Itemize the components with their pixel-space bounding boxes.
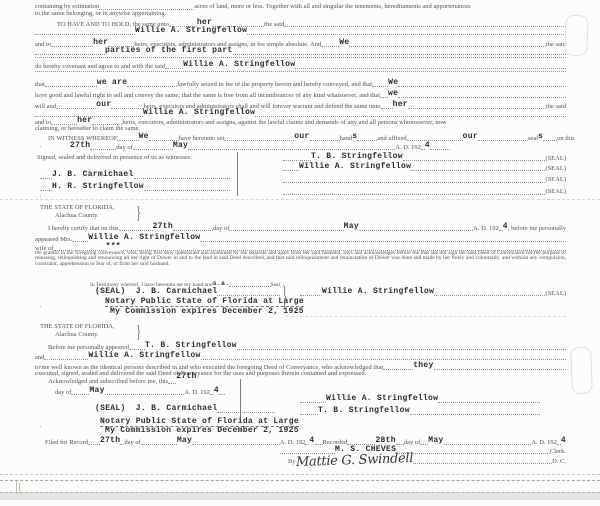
dotted-blank xyxy=(283,159,311,161)
printed-text: and xyxy=(35,354,44,362)
dotted-blank xyxy=(396,443,404,445)
typed-year-4: 4 xyxy=(309,437,314,445)
dotted-blank xyxy=(247,33,566,35)
dotted-blank xyxy=(133,148,173,150)
line-in-witness-whereof: IN WITNESS WHEREOF, We have hereunto set… xyxy=(48,134,566,142)
scan-artifact xyxy=(40,195,41,198)
dotted-blank xyxy=(410,413,540,415)
dower-paragraph: the grantor in the foregoing conveyance,… xyxy=(35,251,566,279)
line-witnesses-label: Signed, sealed and delivered in presence… xyxy=(37,154,192,162)
dotted-blank xyxy=(144,189,230,191)
typed-day-27th: 27th xyxy=(100,437,120,445)
printed-text: Alachua County. xyxy=(55,212,99,220)
dotted-blank xyxy=(129,348,145,350)
scan-artifact xyxy=(40,95,41,98)
dotted-blank xyxy=(321,45,339,47)
printed-text: Signed, sealed and delivered in presence… xyxy=(37,154,192,162)
line-alachua-county-2: Alachua County. xyxy=(55,331,99,339)
dotted-blank xyxy=(44,358,88,360)
dotted-blank xyxy=(357,139,377,141)
typed-day-27th: 27th xyxy=(70,142,90,150)
typed-we-are: we are xyxy=(97,79,128,87)
dotted-blank xyxy=(300,413,318,415)
printed-text: that xyxy=(35,81,45,89)
dotted-blank xyxy=(217,294,280,296)
line-state-florida-1: THE STATE OF FLORIDA, xyxy=(40,204,115,212)
scan-shadow-band xyxy=(0,492,600,500)
typed-seal-jb-carmichael: (SEAL) J. B. Carmichael xyxy=(95,288,217,296)
scan-artifact xyxy=(19,483,20,493)
dotted-blank xyxy=(192,443,280,445)
printed-text: will and xyxy=(35,103,56,111)
typed-month-may: May xyxy=(177,437,192,445)
line-witness-1: J. B. Carmichael xyxy=(40,172,230,180)
dotted-blank xyxy=(543,139,557,141)
dotted-blank xyxy=(372,85,388,87)
printed-text: Seal xyxy=(271,282,280,288)
typed-sa: s.a. xyxy=(213,280,230,287)
dotted-blank xyxy=(168,382,176,384)
line-grantor-signature-2: Willie A. Stringfellow xyxy=(300,396,540,404)
printed-text: day of xyxy=(213,225,229,233)
line-acknowledged: Acknowledged and subscribed before me, t… xyxy=(48,377,223,385)
dotted-rule xyxy=(35,56,566,59)
dotted-blank xyxy=(420,443,428,445)
typed-s: s xyxy=(538,133,543,141)
typed-commission-expiry: My Commission expires December 2, 1925 xyxy=(110,308,304,316)
typed-tb-stringfellow: T. B. Stringfellow xyxy=(145,342,237,350)
typed-jb-carmichael: J. B. Carmichael xyxy=(52,171,134,179)
dotted-blank xyxy=(165,67,183,69)
typed-tb-stringfellow: T. B. Stringfellow xyxy=(318,407,410,415)
printed-text: I hereby certify that on this xyxy=(48,225,119,233)
line-seal-2: Willie A. Stringfellow (SEAL) xyxy=(283,164,566,172)
typed-willie-stringfellow: Willie A. Stringfellow xyxy=(299,163,411,171)
printed-text: Alachua County. xyxy=(55,331,99,339)
typed-we: We xyxy=(339,39,349,47)
printed-text: THE STATE OF FLORIDA, xyxy=(40,204,115,212)
dotted-blank xyxy=(71,393,89,395)
line-grantor-signature-3: T. B. Stringfellow xyxy=(300,408,540,416)
dotted-blank xyxy=(300,294,322,296)
dotted-blank xyxy=(413,462,552,464)
dotted-blank xyxy=(127,85,177,87)
dotted-blank xyxy=(300,401,326,403)
printed-text: A. D. 192 xyxy=(184,389,210,397)
dotted-blank xyxy=(284,25,566,27)
line-commission-1: My Commission expires December 2, 1925 xyxy=(110,309,304,317)
dotted-blank xyxy=(90,148,116,150)
printed-text: the said xyxy=(546,103,566,111)
dotted-blank xyxy=(35,70,566,72)
dotted-blank xyxy=(295,67,566,69)
scan-artifact xyxy=(40,145,41,148)
printed-text: A. D. 192 xyxy=(473,225,499,233)
scan-artifact xyxy=(40,55,41,58)
line-warrant-defend: will and our heirs, executors and admini… xyxy=(35,102,566,110)
line-grantee-name: Willie A. Stringfellow xyxy=(35,28,566,36)
line-notary-signature-1: (SEAL) J. B. Carmichael xyxy=(95,289,280,297)
deputy-clerk-signature: Mattie G. Swindell xyxy=(295,452,413,469)
dotted-blank xyxy=(398,96,566,98)
dotted-blank xyxy=(40,177,52,179)
line-before-me-appeared: Before me personally appeared T. B. Stri… xyxy=(48,343,566,351)
dotted-blank xyxy=(119,139,139,141)
dotted-blank xyxy=(255,115,566,117)
printed-text: A. D. 192 xyxy=(531,439,557,447)
faint-dash-line xyxy=(285,316,566,317)
line-have-hold: TO HAVE AND TO HOLD, the same unto her t… xyxy=(57,20,566,28)
section-separator xyxy=(0,199,600,200)
printed-text: THE STATE OF FLORIDA, xyxy=(40,323,115,331)
line-ack-date: day of May A. D. 192 4 xyxy=(55,388,225,396)
dotted-blank xyxy=(200,240,566,242)
printed-text: claiming, or hereafter to claim the same… xyxy=(35,125,140,133)
brace-state-1: } xyxy=(136,204,141,223)
dotted-blank xyxy=(438,401,540,403)
dotted-blank xyxy=(283,181,545,183)
typed-willie-stringfellow: Willie A. Stringfellow xyxy=(143,109,255,117)
typed-willie-stringfellow: Willie A. Stringfellow xyxy=(88,234,200,242)
seal-label: (SEAL) xyxy=(545,165,566,173)
dotted-blank xyxy=(383,368,413,370)
printed-text: appeared Mrs. xyxy=(35,236,72,244)
dotted-blank xyxy=(188,148,395,150)
brace-state-2: } xyxy=(136,323,141,342)
dotted-blank xyxy=(229,285,270,287)
page-edge-line xyxy=(0,480,600,481)
line-alachua-county-1: Alachua County. xyxy=(55,212,99,220)
dotted-blank xyxy=(56,107,96,109)
dotted-blank xyxy=(173,229,213,231)
typed-willie-stringfellow: Willie A. Stringfellow xyxy=(183,61,295,69)
seal-label: (SEAL) xyxy=(545,176,566,184)
typed-s: s xyxy=(352,133,357,141)
dotted-blank xyxy=(35,56,566,58)
page-edge-line xyxy=(0,474,600,475)
dotted-blank xyxy=(88,443,100,445)
typed-day-27th: 27th xyxy=(153,223,173,231)
typed-willie-stringfellow: Willie A. Stringfellow xyxy=(135,27,247,35)
typed-we: we xyxy=(388,90,398,98)
line-seal-1: T. B. Stringfellow (SEAL) xyxy=(283,154,566,162)
line-filed-for-record: Filed for Record 27th day of May A. D. 1… xyxy=(45,438,566,446)
line-execution-date: 27th day of May A. D. 192 4 xyxy=(70,143,450,151)
dotted-blank xyxy=(35,33,135,35)
dotted-blank xyxy=(444,443,532,445)
scan-artifact xyxy=(40,365,41,368)
binder-ring-mark xyxy=(564,15,588,57)
dotted-blank xyxy=(408,107,546,109)
printed-text: A. D. 192 xyxy=(280,439,306,447)
seal-label: (SEAL) xyxy=(545,188,566,196)
typed-year-4: 4 xyxy=(561,437,566,445)
typed-commission-expiry: My Commission expires December 2, 1925 xyxy=(105,427,299,435)
dotted-blank xyxy=(111,107,143,109)
typed-month-may: May xyxy=(428,437,443,445)
dotted-blank xyxy=(201,358,566,360)
dotted-blank xyxy=(430,148,450,150)
typed-day-27th: 27th xyxy=(176,373,196,381)
line-belonging: to the same belonging, or in anywise app… xyxy=(35,10,166,18)
dotted-blank xyxy=(315,443,323,445)
dc-label: D. C. xyxy=(552,458,566,466)
typed-they: they xyxy=(413,362,433,370)
dotted-blank xyxy=(407,139,463,141)
typed-seal-jb-carmichael: (SEAL) J. B. Carmichael xyxy=(95,405,217,413)
line-seal-4: (SEAL) xyxy=(283,188,566,196)
typed-our: our xyxy=(294,133,309,141)
typed-her: her xyxy=(77,117,92,125)
seal-label: (SEAL) xyxy=(545,155,566,163)
printed-text: Acknowledged and subscribed before me, t… xyxy=(48,378,168,386)
typed-willie-stringfellow: Willie A. Stringfellow xyxy=(326,395,438,403)
line-and-willie: and Willie A. Stringfellow xyxy=(35,353,566,361)
typed-day-28th: 28th xyxy=(375,437,395,445)
printed-text: lawfully seized in fee of the property h… xyxy=(177,81,372,89)
typed-notary-title: Notary Public State of Florida at Large xyxy=(105,298,304,307)
dotted-blank xyxy=(403,159,546,161)
dotted-blank xyxy=(45,85,97,87)
scan-artifact xyxy=(40,305,41,308)
typed-year-4: 4 xyxy=(214,387,219,395)
dotted-blank xyxy=(233,53,566,55)
scan-artifact xyxy=(40,425,41,428)
printed-text: day of xyxy=(404,439,420,447)
printed-text: and to xyxy=(35,41,51,49)
dotted-blank xyxy=(434,294,545,296)
dotted-blank xyxy=(381,107,393,109)
typed-year-4: 4 xyxy=(425,142,430,150)
printed-text: A. D. 192 xyxy=(395,144,421,152)
printed-text: heirs, executors, administrators and ass… xyxy=(122,119,446,127)
line-notary-signature-2: (SEAL) J. B. Carmichael xyxy=(95,406,275,414)
line-grantor-signature-1: Willie A. Stringfellow (SEAL) xyxy=(300,289,566,297)
seal-label: (SEAL) xyxy=(545,290,566,298)
printed-text: Filed for Record xyxy=(45,439,88,447)
line-seal-3: (SEAL) xyxy=(283,176,566,184)
printed-text: do hereby covenant and agree to and with… xyxy=(35,63,165,71)
dotted-blank xyxy=(380,96,388,98)
typed-willie-stringfellow: Willie A. Stringfellow xyxy=(88,352,200,360)
line-good-lawful-right: have good and lawful right to sell and c… xyxy=(35,91,566,99)
line-witness-2: H. R. Stringfellow xyxy=(40,184,230,192)
typed-month-may: May xyxy=(89,387,104,395)
scan-artifact xyxy=(16,481,17,494)
dotted-blank xyxy=(283,193,545,195)
typed-we: We xyxy=(388,79,398,87)
dotted-blank xyxy=(141,443,177,445)
typed-hr-stringfellow: H. R. Stringfellow xyxy=(52,183,144,191)
dotted-blank xyxy=(224,139,294,141)
dotted-blank xyxy=(219,393,225,395)
dotted-rule xyxy=(35,70,566,73)
dotted-blank xyxy=(105,393,185,395)
dotted-blank xyxy=(349,45,546,47)
dotted-blank xyxy=(478,139,528,141)
typed-her: her xyxy=(393,101,408,109)
printed-text: day of xyxy=(124,439,140,447)
typed-we: We xyxy=(139,133,149,141)
line-certify: I hereby certify that on this 27th day o… xyxy=(48,224,566,232)
dotted-blank xyxy=(35,53,105,55)
printed-text: By xyxy=(288,458,296,466)
typed-parties-first-part: parties of the first part xyxy=(105,47,233,55)
line-parties-first-part: parties of the first part xyxy=(35,48,566,56)
witness-divider-line xyxy=(237,152,238,196)
typed-tb-stringfellow: T. B. Stringfellow xyxy=(311,153,403,161)
printed-text: hand xyxy=(340,135,353,143)
dotted-blank xyxy=(72,240,88,242)
binder-ring-mark xyxy=(570,347,593,395)
printed-text: the said xyxy=(546,41,566,49)
dotted-blank xyxy=(434,368,566,370)
printed-text: the said xyxy=(264,21,284,29)
dotted-blank xyxy=(237,348,566,350)
printed-text: to the same belonging, or in anywise app… xyxy=(35,10,166,18)
printed-text: have good and lawful right to sell and c… xyxy=(35,92,380,100)
dotted-blank xyxy=(229,229,343,231)
printed-text: seal xyxy=(528,135,538,143)
dotted-blank xyxy=(134,177,230,179)
printed-text: and affixed xyxy=(377,135,406,143)
dotted-blank xyxy=(310,139,340,141)
typed-our: our xyxy=(96,101,111,109)
dotted-blank xyxy=(359,229,473,231)
typed-month-may: May xyxy=(173,142,188,150)
dotted-blank xyxy=(398,85,566,87)
dotted-blank xyxy=(40,189,52,191)
printed-text: acres of land, more or less. Together wi… xyxy=(194,3,470,11)
dotted-blank xyxy=(411,169,545,171)
dotted-blank xyxy=(51,45,93,47)
dotted-blank xyxy=(283,169,299,171)
line-deputy-clerk: By Mattie G. Swindell D. C. xyxy=(288,452,566,465)
typed-year-4: 4 xyxy=(503,223,508,231)
scanned-deed-page: containing by estimation acres of land, … xyxy=(0,0,600,506)
typed-our: our xyxy=(463,133,478,141)
typed-willie-stringfellow: Willie A. Stringfellow xyxy=(322,288,434,296)
line-state-florida-2: THE STATE OF FLORIDA, xyxy=(40,323,115,331)
line-commission-2: My Commission expires December 2, 1925 xyxy=(105,428,299,436)
printed-text: , before me personally xyxy=(508,225,566,233)
printed-text: Before me personally appeared xyxy=(48,344,129,352)
printed-text: day of xyxy=(116,144,132,152)
line-lawfully-seized: that we are lawfully seized in fee of th… xyxy=(35,80,566,88)
scan-artifact xyxy=(40,250,41,253)
line-grantee-name-2: Willie A. Stringfellow xyxy=(35,110,566,118)
line-covenant: do hereby covenant and agree to and with… xyxy=(35,62,566,70)
line-claiming: claiming, or hereafter to claim the same… xyxy=(35,125,140,133)
typed-month-may: May xyxy=(344,223,359,231)
printed-text: day of xyxy=(55,389,71,397)
dotted-blank xyxy=(119,229,153,231)
dotted-blank xyxy=(217,411,275,413)
printed-text: on this xyxy=(557,135,575,143)
